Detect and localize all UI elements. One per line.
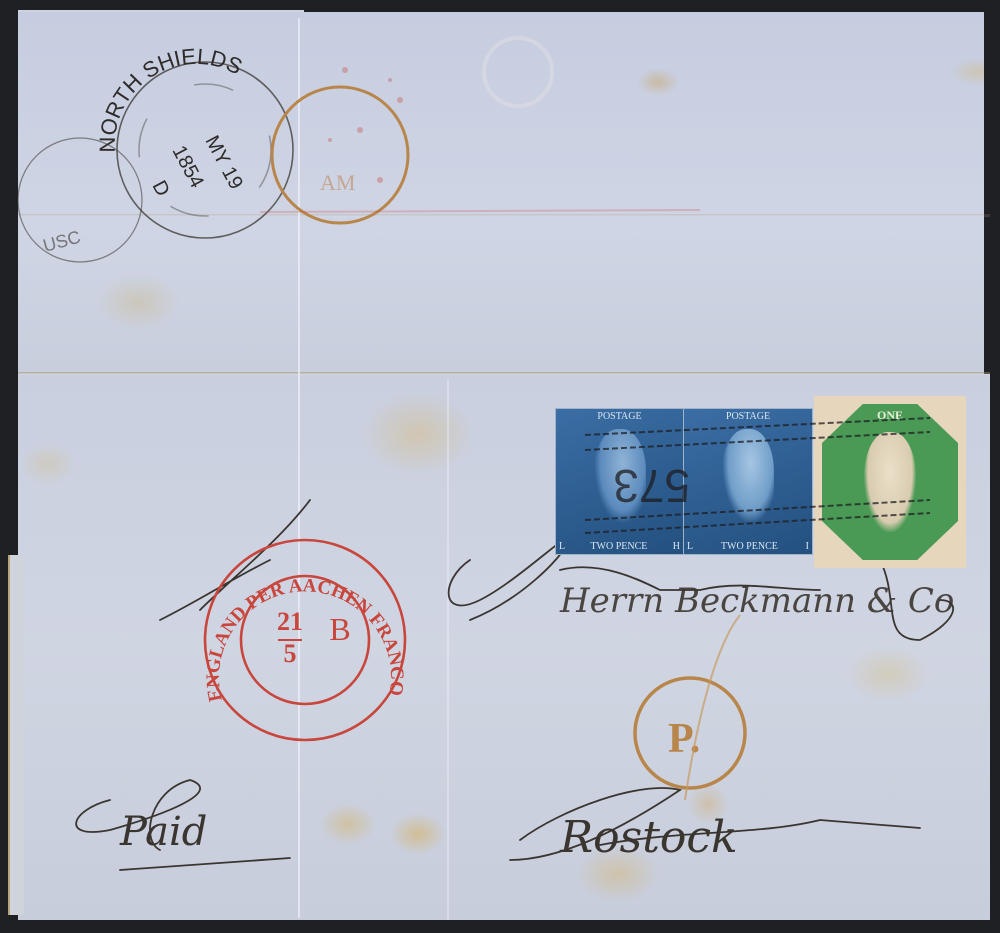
numeral-cancel: 573 xyxy=(0,0,1000,933)
numeral-cancel-number: 573 xyxy=(613,460,690,512)
